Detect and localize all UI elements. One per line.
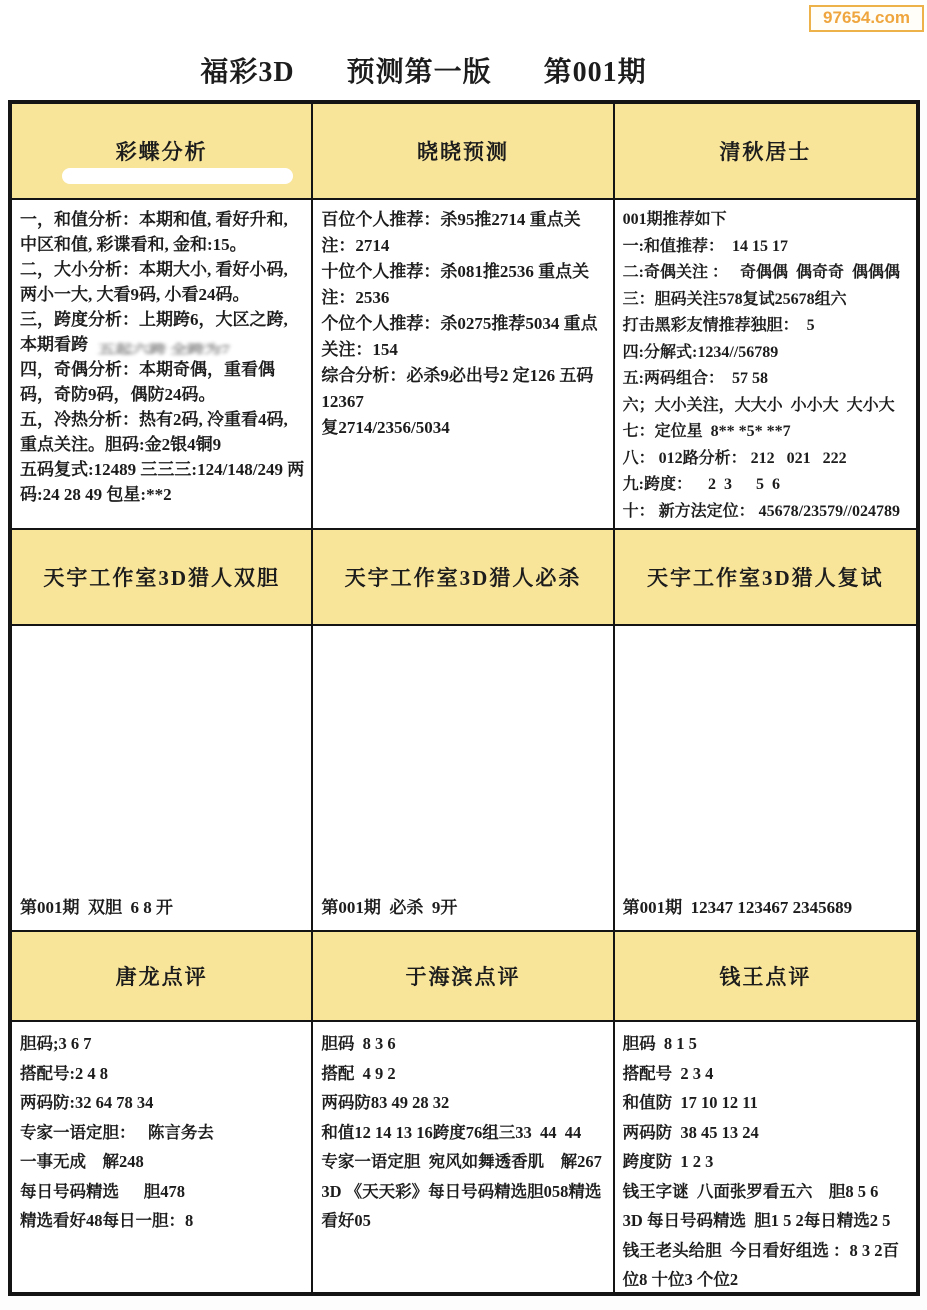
result-line: 第001期 12347 123467 2345689 — [623, 893, 910, 918]
yuhaibin-comment-content: 胆码 8 3 6 搭配 4 9 2 两码防83 49 28 32 和值12 14… — [313, 1022, 614, 1292]
text-line: 每日号码精选 胆478 — [20, 1177, 305, 1207]
site-watermark-badge: 97654.com — [809, 5, 924, 32]
header-tanglong-comment: 唐龙点评 — [12, 932, 313, 1022]
header-tianyu-bisha: 天宇工作室3D猎人必杀 — [313, 530, 614, 626]
obscured-text: 五起六跨 全跨为7 — [98, 340, 230, 359]
header-tianyu-shuangdan: 天宇工作室3D猎人双胆 — [12, 530, 313, 626]
text-line: 两码防83 49 28 32 — [321, 1088, 606, 1118]
text-line: 胆码 8 3 6 — [321, 1029, 606, 1059]
header-yuhaibin-comment: 于海滨点评 — [313, 932, 614, 1022]
header-label: 天宇工作室3D猎人必杀 — [345, 562, 582, 592]
text-line: 五，冷热分析：热有2码, 冷重看4码, 重点关注。胆码:金2银4铜9 — [20, 407, 305, 457]
header-label: 天宇工作室3D猎人双胆 — [43, 562, 280, 592]
text-line: 复2714/2356/5034 — [321, 415, 606, 441]
qingqiu-jushi-content: 001期推荐如下 一:和值推荐： 14 15 17 二:奇偶关注 ： 奇偶偶 偶… — [615, 200, 916, 530]
header-xiaoxiao-forecast: 晓晓预测 — [313, 104, 614, 200]
text-line: 百位个人推荐：杀95推2714 重点关注：2714 — [321, 207, 606, 259]
tianyu-shuangdan-content: 第001期 双胆 6 8 开 — [12, 626, 313, 932]
header-label: 钱王点评 — [719, 961, 811, 991]
text-line: 二:奇偶关注 ： 奇偶偶 偶奇奇 偶偶偶 — [623, 260, 910, 287]
xiaoxiao-forecast-content: 百位个人推荐：杀95推2714 重点关注：2714 十位个人推荐：杀081推25… — [313, 200, 614, 530]
text-line: 精选看好48每日一胆：8 — [20, 1206, 305, 1236]
title-lottery-name: 福彩3D — [200, 57, 294, 88]
header-label: 彩蝶分析 — [116, 136, 208, 166]
text-line: 四:分解式:1234//56789 — [623, 340, 910, 367]
text-line: 搭配号 2 3 4 — [623, 1059, 910, 1089]
text-line: 搭配号:2 4 8 — [20, 1059, 305, 1089]
text-line: 打击黑彩友情推荐独胆： 5 — [623, 313, 910, 340]
text-line: 五:两码组合： 57 58 — [623, 366, 910, 393]
header-label: 天宇工作室3D猎人复试 — [647, 562, 884, 592]
text-line: 九:跨度： 2 3 5 6 — [623, 472, 910, 499]
text-line: 3D 每日号码精选 胆1 5 2每日精选2 5 — [623, 1206, 910, 1236]
text-line: 综合分析：必杀9必出号2 定126 五码12367 — [321, 363, 606, 415]
text-line: 专家一语定胆： 陈言务去 — [20, 1118, 305, 1148]
text-line: 和值12 14 13 16跨度76组三33 44 44 — [321, 1118, 606, 1148]
text-line: 十： 新方法定位： 45678/23579//024789 — [623, 499, 910, 526]
text-line: 钱王老头给胆 今日看好组选 ：8 3 2百位8 十位3 个位2 — [623, 1236, 910, 1293]
result-line: 第001期 双胆 6 8 开 — [20, 893, 305, 918]
text-line: 七：定位星 8** *5* **7 — [623, 419, 910, 446]
header-qianwang-comment: 钱王点评 — [615, 932, 916, 1022]
header-qingqiu-jushi: 清秋居士 — [615, 104, 916, 200]
whiteout-strip — [62, 168, 293, 184]
text-line: 钱王字谜 八面张罗看五六 胆8 5 6 — [623, 1177, 910, 1207]
text-line: 十位个人推荐：杀081推2536 重点关注：2536 — [321, 259, 606, 311]
text-line: 一事无成 解248 — [20, 1147, 305, 1177]
result-line: 第001期 必杀 9开 — [321, 893, 606, 918]
tanglong-comment-content: 胆码;3 6 7 搭配号:2 4 8 两码防:32 64 78 34 专家一语定… — [12, 1022, 313, 1292]
text-line: 胆码 8 1 5 — [623, 1029, 910, 1059]
prediction-table: 彩蝶分析 晓晓预测 清秋居士 一，和值分析：本期和值, 看好升和, 中区和值, … — [8, 100, 920, 1296]
header-caidie-analysis: 彩蝶分析 — [12, 104, 313, 200]
qianwang-comment-content: 胆码 8 1 5 搭配号 2 3 4 和值防 17 10 12 11 两码防 3… — [615, 1022, 916, 1292]
title-issue-number: 第001期 — [544, 57, 647, 88]
text-line: 两码防:32 64 78 34 — [20, 1088, 305, 1118]
text-line: 3D 《天天彩》每日号码精选胆058精选看好05 — [321, 1177, 606, 1236]
text-line: 一，和值分析：本期和值, 看好升和, 中区和值, 彩谍看和, 金和:15。 — [20, 207, 305, 257]
title-edition: 预测第一版 — [347, 57, 492, 88]
header-label: 唐龙点评 — [116, 961, 208, 991]
text-line: 跨度防 1 2 3 — [623, 1147, 910, 1177]
text-line: 胆码;3 6 7 — [20, 1029, 305, 1059]
header-label: 清秋居士 — [719, 136, 811, 166]
text-line: 六；大小关注，大大小 小小大 大小大 — [623, 393, 910, 420]
text-line: 三，跨度分析：上期跨6，大区之跨, 本期看跨五起六跨 全跨为7 — [20, 307, 305, 357]
scanned-prediction-sheet: 97654.com 福彩3D预测第一版第001期 彩蝶分析 晓晓预测 清秋居士 … — [0, 0, 927, 1310]
text-line: 五码复式:12489 三三三:124/148/249 两码:24 28 49 包… — [20, 457, 305, 507]
header-label: 晓晓预测 — [417, 136, 509, 166]
page-title: 福彩3D预测第一版第001期 — [0, 50, 887, 90]
text-line: 两码防 38 45 13 24 — [623, 1118, 910, 1148]
tianyu-bisha-content: 第001期 必杀 9开 — [313, 626, 614, 932]
tianyu-fushi-content: 第001期 12347 123467 2345689 — [615, 626, 916, 932]
top-area: 97654.com 福彩3D预测第一版第001期 — [0, 0, 927, 100]
text-line: 001期推荐如下 — [623, 207, 910, 234]
caidie-analysis-content: 一，和值分析：本期和值, 看好升和, 中区和值, 彩谍看和, 金和:15。 二，… — [12, 200, 313, 530]
header-label: 于海滨点评 — [405, 961, 520, 991]
text-line: 八： 012路分析： 212 021 222 — [623, 446, 910, 473]
text-line: 三：胆码关注578复试25678组六 — [623, 287, 910, 314]
text-line: 一:和值推荐： 14 15 17 — [623, 234, 910, 261]
text-line: 专家一语定胆 宛风如舞透香肌 解267 — [321, 1147, 606, 1177]
header-tianyu-fushi: 天宇工作室3D猎人复试 — [615, 530, 916, 626]
text-line: 二，大小分析：本期大小, 看好小码, 两小一大, 大看9码, 小看24码。 — [20, 257, 305, 307]
text-line: 和值防 17 10 12 11 — [623, 1088, 910, 1118]
text-line: 四，奇偶分析：本期奇偶，重看偶码，奇防9码，偶防24码。 — [20, 357, 305, 407]
text-line: 个位个人推荐：杀0275推荐5034 重点关注：154 — [321, 311, 606, 363]
text-line: 搭配 4 9 2 — [321, 1059, 606, 1089]
